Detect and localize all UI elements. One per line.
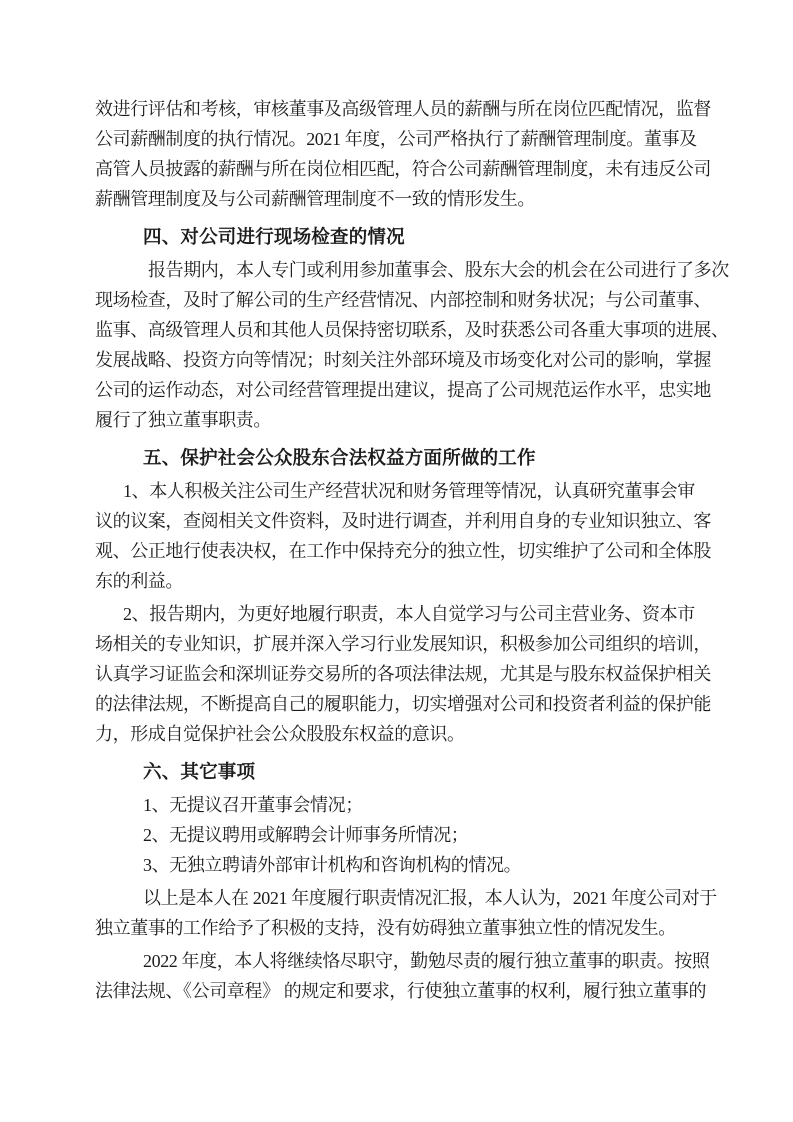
text-line: 现场检查，及时了解公司的生产经营情况、内部控制和财务状况；与公司董事、 (95, 285, 701, 315)
section-heading-text: 四、对公司进行现场检查的情况 (95, 222, 701, 252)
paragraph-rights-protection-2: 2、报告期内，为更好地履行职责，本人自觉学习与公司主营业务、资本市场相关的专业知… (95, 599, 701, 749)
text-line: 议的议案，查阅相关文件资料，及时进行调查，并利用自身的专业知识独立、客 (95, 506, 701, 536)
document-page: 效进行评估和考核，审核董事及高级管理人员的薪酬与所在岗位匹配情况，监督公司薪酬制… (0, 0, 793, 1122)
section-heading-text: 六、其它事项 (95, 757, 701, 787)
text-line: 监事、高级管理人员和其他人员保持密切联系，及时获悉公司各重大事项的进展、 (95, 315, 701, 345)
text-line: 1、本人积极关注公司生产经营状况和财务管理等情况，认真研究董事会审 (95, 476, 701, 506)
text-line: 高管人员披露的薪酬与所在岗位相匹配，符合公司薪酬管理制度，未有违反公司 (95, 154, 701, 184)
text-line: 场相关的专业知识，扩展并深入学习行业发展知识，积极参加公司组织的培训， (95, 629, 701, 659)
text-line: 2、无提议聘用或解聘会计师事务所情况； (95, 820, 701, 850)
text-line: 1、无提议召开董事会情况； (95, 790, 701, 820)
paragraph-outlook-2022: 2022 年度，本人将继续恪尽职守，勤勉尽责的履行独立董事的职责。按照法律法规、… (95, 946, 701, 1006)
paragraph-salary-supervision: 效进行评估和考核，审核董事及高级管理人员的薪酬与所在岗位匹配情况，监督公司薪酬制… (95, 94, 701, 214)
text-line: 报告期内，本人专门或利用参加董事会、股东大会的机会在公司进行了多次 (95, 255, 701, 285)
text-line: 的法律法规，不断提高自己的履职能力，切实增强对公司和投资者利益的保护能 (95, 689, 701, 719)
document-body: 效进行评估和考核，审核董事及高级管理人员的薪酬与所在岗位匹配情况，监督公司薪酬制… (95, 94, 701, 1006)
text-line: 薪酬管理制度及与公司薪酬管理制度不一致的情形发生。 (95, 184, 701, 214)
section-heading-5: 五、保护社会公众股东合法权益方面所做的工作 (95, 443, 701, 473)
section-heading-text: 五、保护社会公众股东合法权益方面所做的工作 (95, 443, 701, 473)
text-line: 东的利益。 (95, 566, 701, 596)
paragraph-onsite-inspection: 报告期内，本人专门或利用参加董事会、股东大会的机会在公司进行了多次现场检查，及时… (95, 255, 701, 435)
text-line: 效进行评估和考核，审核董事及高级管理人员的薪酬与所在岗位匹配情况，监督 (95, 94, 701, 124)
text-line: 独立董事的工作给予了积极的支持，没有妨碍独立董事独立性的情况发生。 (95, 913, 701, 943)
section-heading-4: 四、对公司进行现场检查的情况 (95, 222, 701, 252)
text-line: 公司薪酬制度的执行情况。2021 年度，公司严格执行了薪酬管理制度。董事及 (95, 124, 701, 154)
text-line: 履行了独立董事职责。 (95, 405, 701, 435)
text-line: 2022 年度，本人将继续恪尽职守，勤勉尽责的履行独立董事的职责。按照 (95, 946, 701, 976)
paragraph-summary-2021: 以上是本人在 2021 年度履行职责情况汇报，本人认为，2021 年度公司对于独… (95, 883, 701, 943)
section-heading-6: 六、其它事项 (95, 757, 701, 787)
text-line: 观、公正地行使表决权，在工作中保持充分的独立性，切实维护了公司和全体股 (95, 536, 701, 566)
text-line: 发展战略、投资方向等情况；时刻关注外部环境及市场变化对公司的影响，掌握 (95, 345, 701, 375)
text-line: 力，形成自觉保护社会公众股股东权益的意识。 (95, 719, 701, 749)
text-line: 3、无独立聘请外部审计机构和咨询机构的情况。 (95, 850, 701, 880)
text-line: 公司的运作动态，对公司经营管理提出建议，提高了公司规范运作水平，忠实地 (95, 375, 701, 405)
other-matters-list: 1、无提议召开董事会情况；2、无提议聘用或解聘会计师事务所情况；3、无独立聘请外… (95, 790, 701, 880)
text-line: 法律法规、《公司章程》 的规定和要求，行使独立董事的权利，履行独立董事的 (95, 976, 701, 1006)
text-line: 认真学习证监会和深圳证券交易所的各项法律法规，尤其是与股东权益保护相关 (95, 659, 701, 689)
paragraph-rights-protection-1: 1、本人积极关注公司生产经营状况和财务管理等情况，认真研究董事会审议的议案，查阅… (95, 476, 701, 596)
text-line: 2、报告期内，为更好地履行职责，本人自觉学习与公司主营业务、资本市 (95, 599, 701, 629)
text-line: 以上是本人在 2021 年度履行职责情况汇报，本人认为，2021 年度公司对于 (95, 883, 701, 913)
